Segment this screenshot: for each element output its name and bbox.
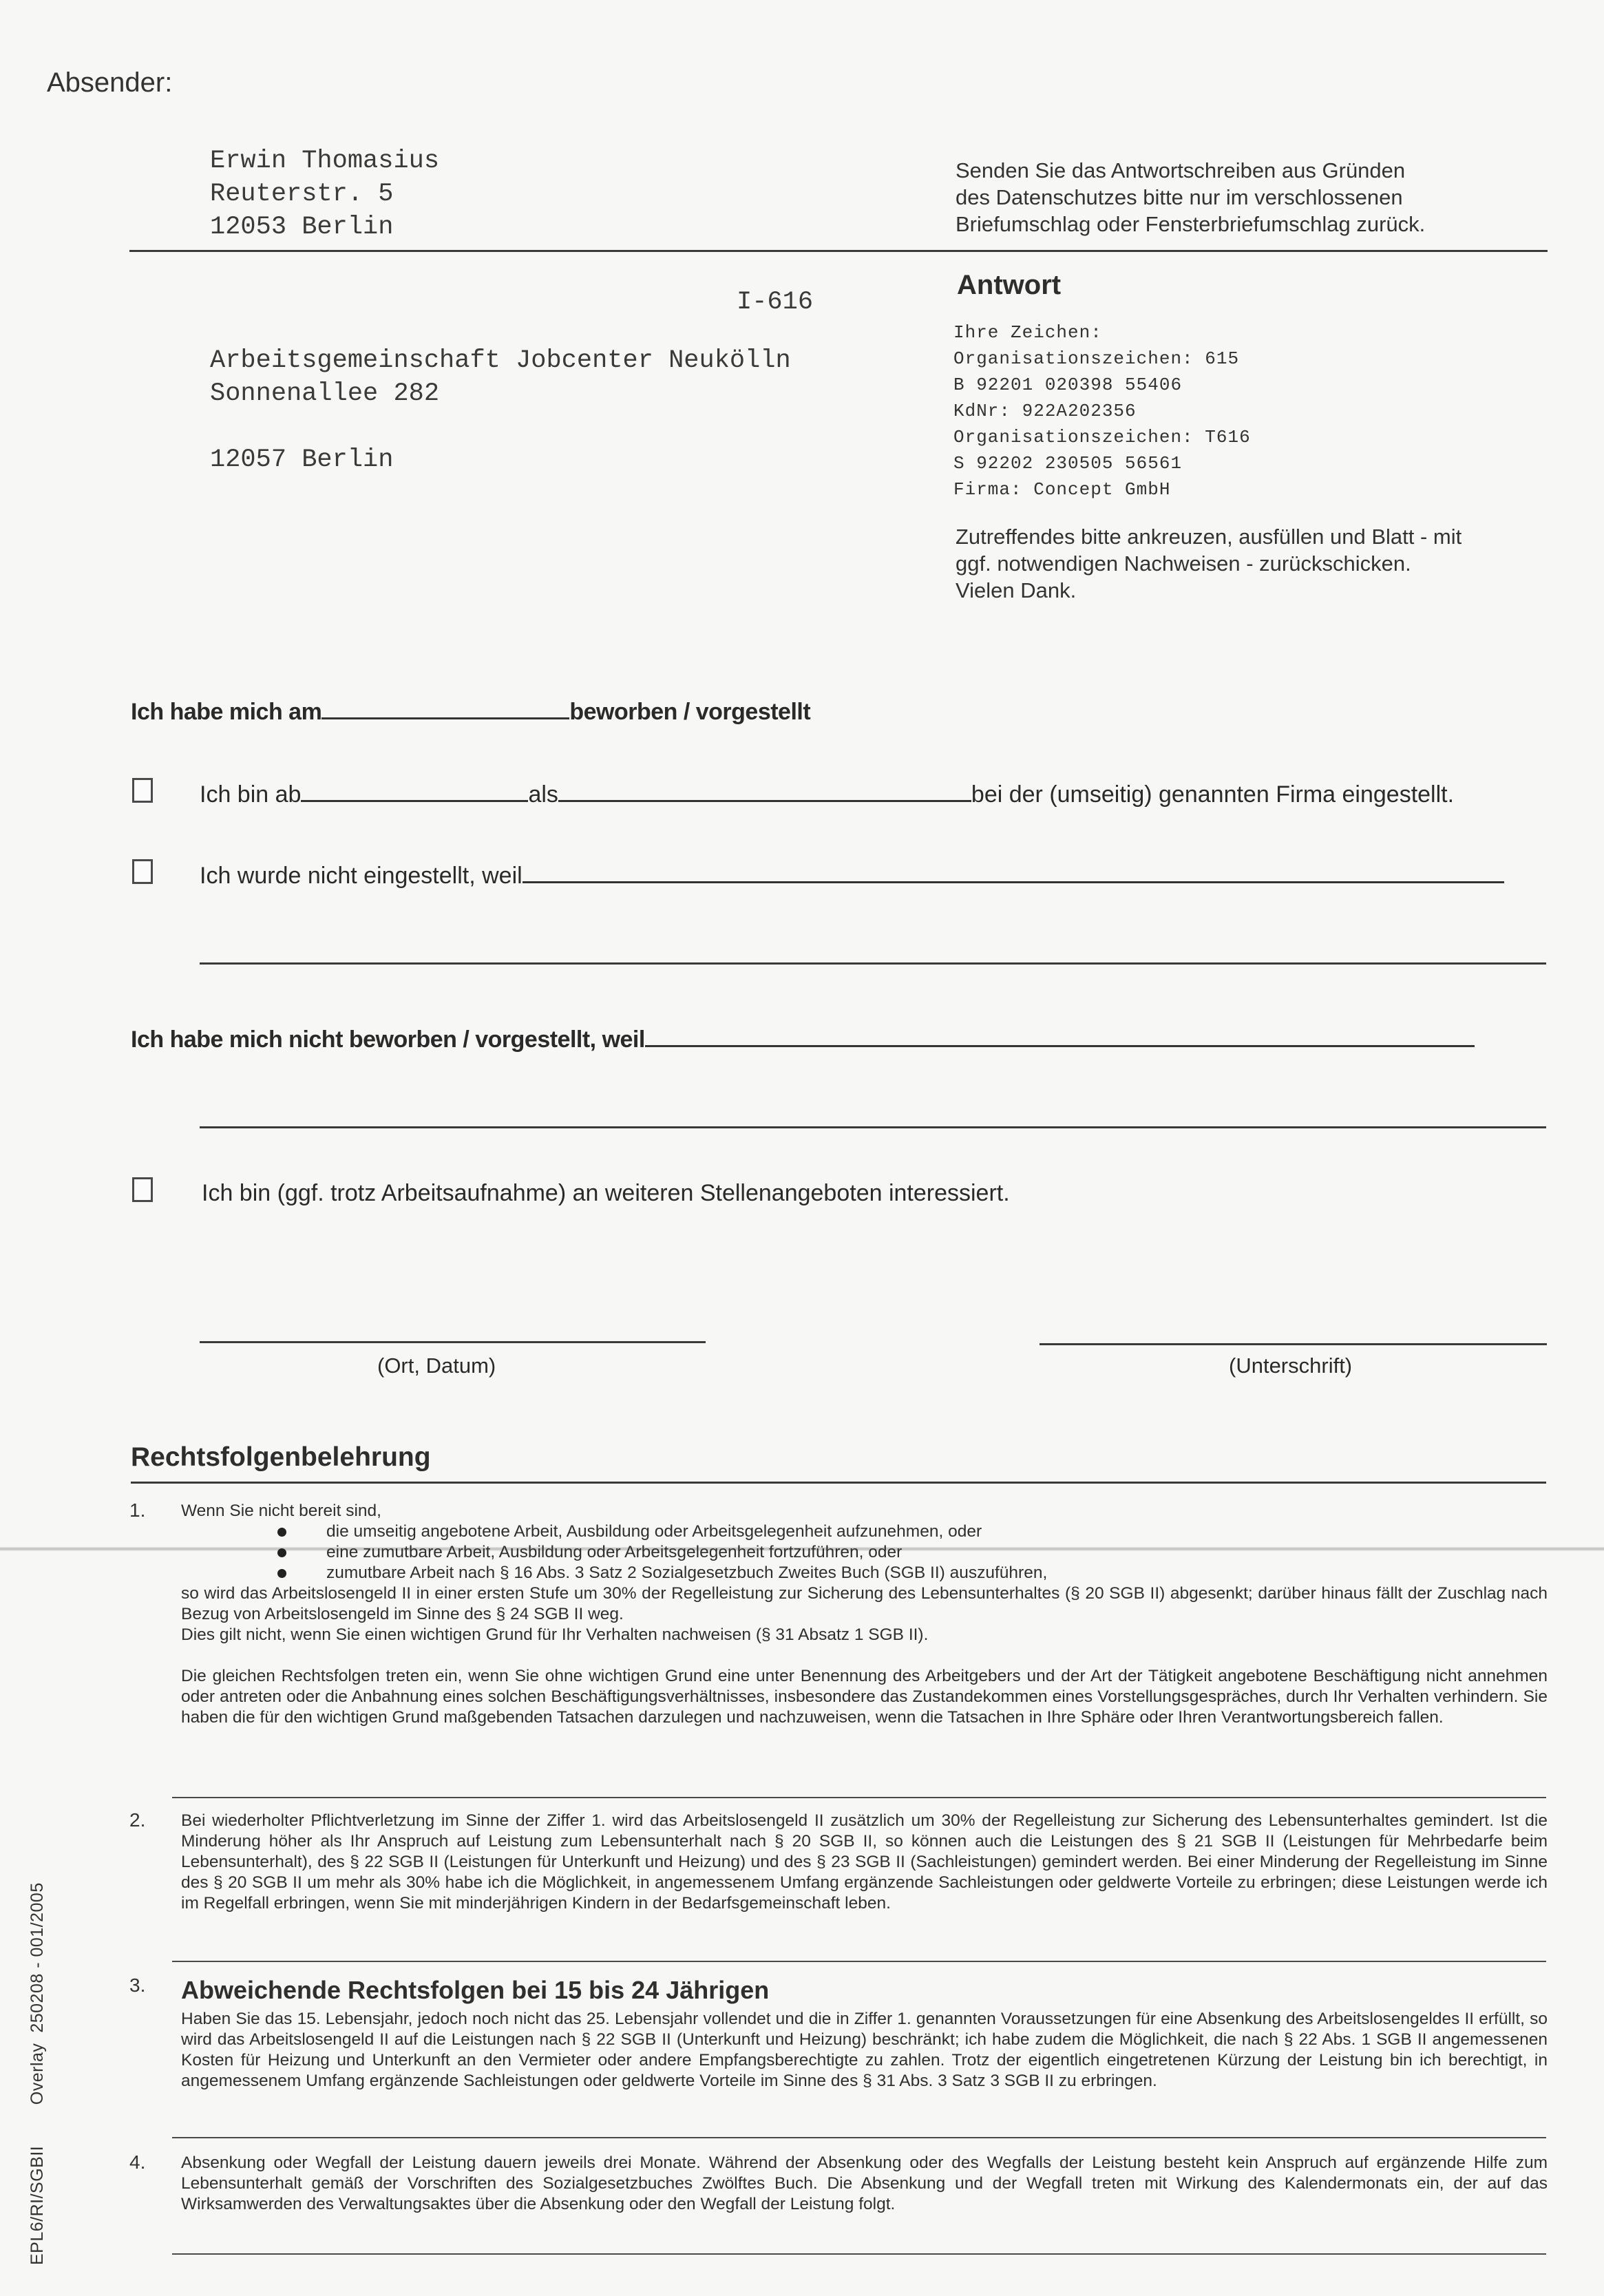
privacy-note: Senden Sie das Antwortschreiben aus Grün… <box>956 157 1425 238</box>
not-hired-reason-field-2[interactable] <box>200 962 1546 965</box>
hired-suffix: bei der (umseitig) genannten Firma einge… <box>971 781 1454 808</box>
legal-section-number: 2. <box>129 1809 145 1831</box>
legal-bullet: zumutbare Arbeit nach § 16 Abs. 3 Satz 2… <box>181 1563 1548 1583</box>
not-hired-prefix: Ich wurde nicht eingestellt, weil <box>200 863 523 889</box>
legal-body: so wird das Arbeitslosengeld II in einer… <box>181 1583 1548 1625</box>
header-divider <box>129 250 1548 252</box>
legal-section-1: Wenn Sie nicht bereit sind, die umseitig… <box>181 1501 1548 1728</box>
legal-section-3: Haben Sie das 15. Lebensjahr, jedoch noc… <box>181 2009 1548 2092</box>
legal-section-number: 4. <box>129 2151 145 2173</box>
legal-section-number: 1. <box>129 1499 145 1521</box>
hired-middle: als <box>528 781 558 808</box>
recipient-organization: Arbeitsgemeinschaft Jobcenter Neukölln <box>210 344 791 377</box>
hired-prefix: Ich bin ab <box>200 781 301 808</box>
legal-divider <box>172 2253 1546 2255</box>
instruction-line: Vielen Dank. <box>956 577 1561 604</box>
hired-date-field[interactable] <box>301 779 528 802</box>
legal-divider <box>172 1797 1546 1798</box>
instruction-line: Zutreffendes bitte ankreuzen, ausfüllen … <box>956 523 1561 550</box>
signature-field[interactable] <box>1040 1343 1547 1345</box>
applied-suffix: beworben / vorgestellt <box>569 699 810 725</box>
not-hired-checkbox[interactable] <box>132 859 153 884</box>
privacy-note-line: des Datenschutzes bitte nur im verschlos… <box>956 184 1425 211</box>
legal-bullet: eine zumutbare Arbeit, Ausbildung oder A… <box>181 1542 1548 1563</box>
recipient-reference: I-616 <box>737 288 813 317</box>
reference-list: Ihre Zeichen: Organisationszeichen: 615 … <box>953 319 1251 503</box>
reference-item: B 92201 020398 55406 <box>953 372 1251 398</box>
legal-title: Rechtsfolgenbelehrung <box>131 1442 431 1473</box>
place-date-field[interactable] <box>200 1341 706 1343</box>
not-applied-prefix: Ich habe mich nicht beworben / vorgestel… <box>131 1026 645 1053</box>
not-applied-row: Ich habe mich nicht beworben / vorgestel… <box>131 1024 1475 1053</box>
not-applied-reason-field[interactable] <box>645 1024 1475 1047</box>
instruction-text: Zutreffendes bitte ankreuzen, ausfüllen … <box>956 523 1561 604</box>
answer-title: Antwort <box>957 270 1061 301</box>
sender-label: Absender: <box>47 67 172 98</box>
sender-city: 12053 Berlin <box>210 211 439 244</box>
sender-address: Erwin Thomasius Reuterstr. 5 12053 Berli… <box>210 145 439 244</box>
sender-name: Erwin Thomasius <box>210 145 439 178</box>
interested-label: Ich bin (ggf. trotz Arbeitsaufnahme) an … <box>202 1180 1010 1207</box>
privacy-note-line: Briefumschlag oder Fensterbriefumschlag … <box>956 211 1425 238</box>
bullet-icon <box>277 1548 286 1557</box>
sender-street: Reuterstr. 5 <box>210 178 439 211</box>
privacy-note-line: Senden Sie das Antwortschreiben aus Grün… <box>956 157 1425 184</box>
form-code-side-text: EPL6/RI/SGBII Overlay 250208 - 001/2005 <box>28 1882 48 2265</box>
legal-bullet: die umseitig angebotene Arbeit, Ausbildu… <box>181 1521 1548 1542</box>
legal-section-3-heading: Abweichende Rechtsfolgen bei 15 bis 24 J… <box>181 1976 769 2005</box>
recipient-city: 12057 Berlin <box>210 443 791 476</box>
applied-date-field[interactable] <box>321 697 569 719</box>
reference-item: KdNr: 922A202356 <box>953 398 1251 424</box>
legal-section-4: Absenkung oder Wegfall der Leistung daue… <box>181 2153 1548 2215</box>
reference-item: Organisationszeichen: T616 <box>953 424 1251 450</box>
applied-prefix: Ich habe mich am <box>131 699 321 725</box>
legal-body: Dies gilt nicht, wenn Sie einen wichtige… <box>181 1625 1548 1645</box>
reference-item: S 92202 230505 56561 <box>953 450 1251 476</box>
legal-divider <box>172 2137 1546 2138</box>
recipient-street: Sonnenallee 282 <box>210 377 791 410</box>
legal-title-divider <box>131 1482 1546 1484</box>
reference-item: Firma: Concept GmbH <box>953 476 1251 503</box>
legal-section-number: 3. <box>129 1974 145 1997</box>
bullet-icon <box>277 1528 286 1537</box>
hired-checkbox[interactable] <box>132 778 153 803</box>
interested-checkbox[interactable] <box>132 1177 153 1202</box>
signature-label: (Unterschrift) <box>1229 1354 1352 1378</box>
bullet-icon <box>277 1569 286 1578</box>
legal-divider <box>172 1961 1546 1962</box>
legal-paragraph: Die gleichen Rechtsfolgen treten ein, we… <box>181 1666 1548 1728</box>
applied-row: Ich habe mich ambeworben / vorgestellt <box>131 697 810 726</box>
recipient-address: Arbeitsgemeinschaft Jobcenter Neukölln S… <box>210 344 791 476</box>
not-hired-reason-field[interactable] <box>523 861 1504 883</box>
reference-item: Ihre Zeichen: <box>953 319 1251 346</box>
not-hired-row: Ich wurde nicht eingestellt, weil <box>200 861 1504 889</box>
hired-row: Ich bin abalsbei der (umseitig) genannte… <box>200 779 1454 808</box>
hired-position-field[interactable] <box>558 779 971 802</box>
instruction-line: ggf. notwendigen Nachweisen - zurückschi… <box>956 550 1561 577</box>
legal-intro: Wenn Sie nicht bereit sind, <box>181 1501 1548 1521</box>
legal-section-2: Bei wiederholter Pflichtverletzung im Si… <box>181 1811 1548 1914</box>
reference-item: Organisationszeichen: 615 <box>953 346 1251 372</box>
place-date-label: (Ort, Datum) <box>377 1354 496 1378</box>
not-applied-reason-field-2[interactable] <box>200 1126 1546 1128</box>
